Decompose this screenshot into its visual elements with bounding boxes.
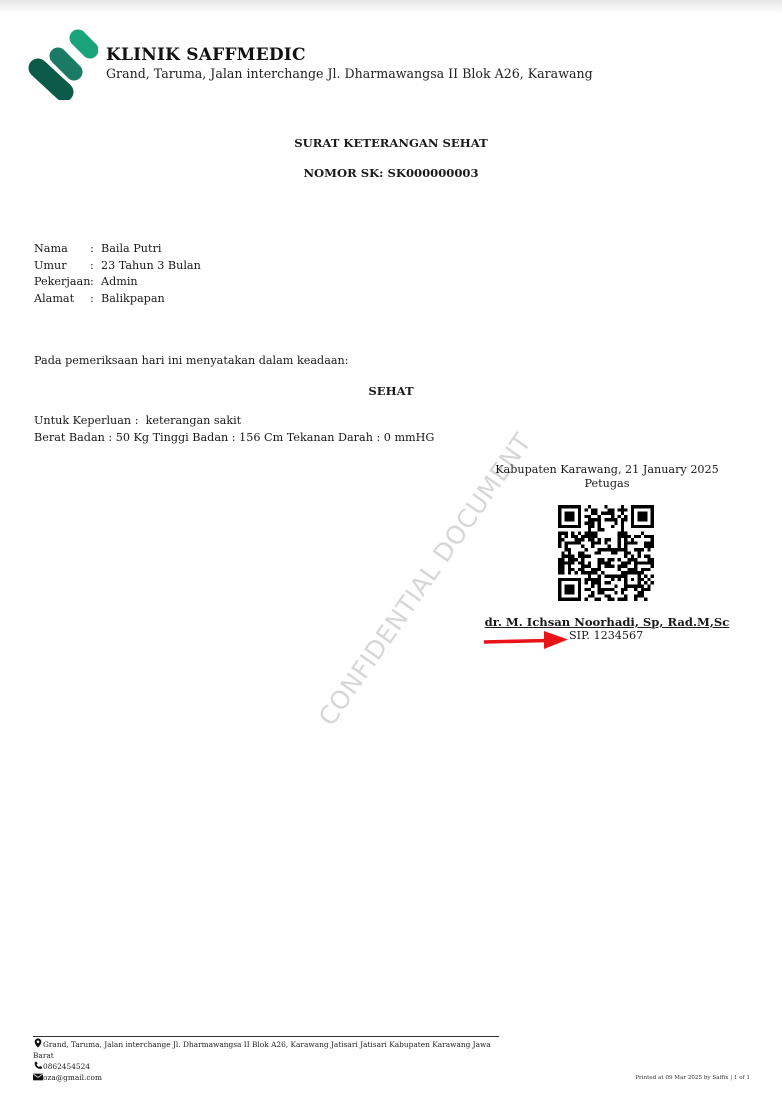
clinic-pill-logo-icon [28,28,98,100]
field-label: Umur [34,258,90,275]
signature-block: Kabupaten Karawang, 21 January 2025 Petu… [472,463,742,491]
red-arrow-annotation-icon [482,630,568,650]
footer-phone: 0862454524 [43,1062,90,1071]
place-date: Kabupaten Karawang, 21 January 2025 [472,463,742,477]
clinic-address: Grand, Taruma, Jalan interchange Jl. Dha… [106,66,593,81]
field-value: Admin [101,274,138,291]
footer-address-row: Grand, Taruma, Jalan interchange Jl. Dha… [33,1038,503,1061]
field-value: 23 Tahun 3 Bulan [101,258,201,275]
doctor-sip: SIP. 1234567 [569,629,643,642]
phone-icon [33,1061,43,1070]
purpose-line: Untuk Keperluan : keterangan sakit [34,414,241,427]
footer-divider [33,1036,499,1037]
health-status: SEHAT [0,384,782,398]
footer-address: Grand, Taruma, Jalan interchange Jl. Dha… [33,1040,491,1060]
qr-code-icon [558,505,654,601]
document-title: SURAT KETERANGAN SEHAT [0,136,782,150]
examination-intro: Pada pemeriksaan hari ini menyatakan dal… [34,354,349,367]
field-separator: : [90,291,101,308]
patient-field-address: Alamat : Balikpapan [34,291,201,308]
clinic-name: KLINIK SAFFMEDIC [106,45,306,65]
doctor-name: dr. M. Ichsan Noorhadi, Sp, Rad.M,Sc [472,615,742,629]
patient-field-age: Umur : 23 Tahun 3 Bulan [34,258,201,275]
page-top-shadow [0,0,782,14]
envelope-icon [33,1073,43,1081]
field-label: Alamat [34,291,90,308]
field-separator: : [90,274,101,291]
footer-email: oza@gmail.com [43,1073,102,1082]
document-number: NOMOR SK: SK000000003 [0,166,782,180]
footer-phone-row: 0862454524 [33,1061,503,1072]
field-label: Nama [34,241,90,258]
patient-field-name: Nama : Baila Putri [34,241,201,258]
vitals-line: Berat Badan : 50 Kg Tinggi Badan : 156 C… [34,431,434,444]
footer-email-row: oza@gmail.com [33,1072,503,1083]
signer-role: Petugas [472,477,742,491]
printed-info: Printed at 09 Mar 2025 by Saffix | 1 of … [635,1075,750,1081]
field-separator: : [90,258,101,275]
footer-contact: Grand, Taruma, Jalan interchange Jl. Dha… [33,1038,503,1083]
field-label: Pekerjaan [34,274,90,291]
map-pin-icon [33,1038,43,1048]
field-value: Balikpapan [101,291,165,308]
examination-details: Untuk Keperluan : keterangan sakit Berat… [34,413,434,446]
patient-field-occupation: Pekerjaan : Admin [34,274,201,291]
patient-details: Nama : Baila Putri Umur : 23 Tahun 3 Bul… [34,241,201,307]
field-separator: : [90,241,101,258]
field-value: Baila Putri [101,241,161,258]
